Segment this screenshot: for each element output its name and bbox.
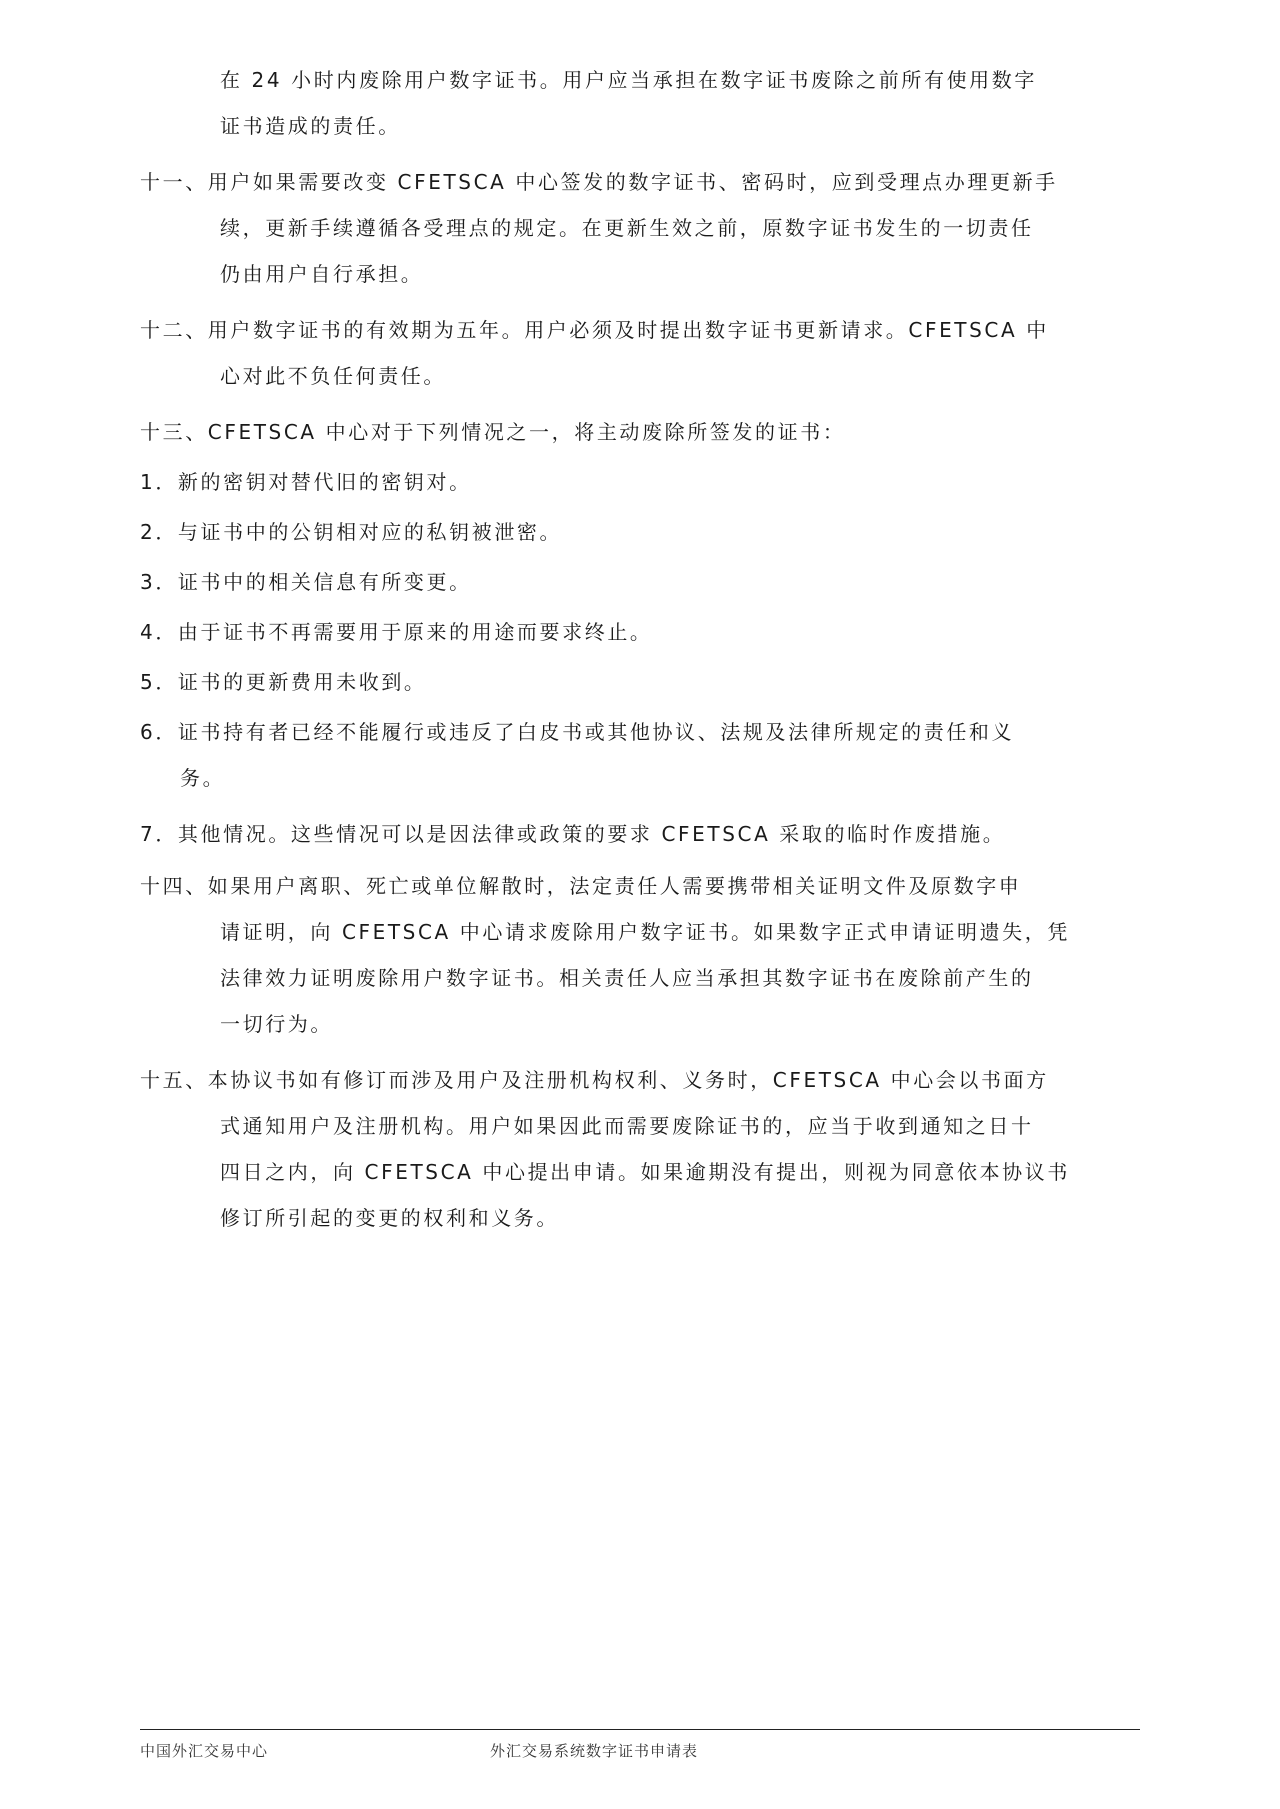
- text-line: 修订所引起的变更的权利和义务。: [220, 1206, 559, 1230]
- footer-divider: [140, 1729, 1140, 1730]
- text-line: 十一、用户如果需要改变 CFETSCA 中心签发的数字证书、密码时，应到受理点办…: [140, 170, 1058, 194]
- text-line: 7．其他情况。这些情况可以是因法律或政策的要求 CFETSCA 采取的临时作废措…: [140, 822, 1005, 846]
- text-line: 续，更新手续遵循各受理点的规定。在更新生效之前，原数字证书发生的一切责任: [220, 216, 1034, 240]
- text-line: 心对此不负任何责任。: [220, 364, 446, 388]
- text-line: 务。: [180, 766, 225, 790]
- text-line: 四日之内，向 CFETSCA 中心提出申请。如果逾期没有提出，则视为同意依本协议…: [220, 1160, 1070, 1184]
- text-line: 在 24 小时内废除用户数字证书。用户应当承担在数字证书废除之前所有使用数字: [220, 68, 1037, 92]
- text-line: 请证明，向 CFETSCA 中心请求废除用户数字证书。如果数字正式申请证明遗失，…: [220, 920, 1070, 944]
- text-line: 2．与证书中的公钥相对应的私钥被泄密。: [140, 520, 562, 544]
- text-line: 4．由于证书不再需要用于原来的用途而要求终止。: [140, 620, 653, 644]
- text-line: 证书造成的责任。: [220, 114, 401, 138]
- text-line: 法律效力证明废除用户数字证书。相关责任人应当承担其数字证书在废除前产生的: [220, 966, 1034, 990]
- text-line: 十二、用户数字证书的有效期为五年。用户必须及时提出数字证书更新请求。CFETSC…: [140, 318, 1049, 342]
- text-line: 6．证书持有者已经不能履行或违反了白皮书或其他协议、法规及法律所规定的责任和义: [140, 720, 1014, 744]
- text-line: 仍由用户自行承担。: [220, 262, 423, 286]
- text-line: 一切行为。: [220, 1012, 333, 1036]
- text-line: 5．证书的更新费用未收到。: [140, 670, 427, 694]
- text-line: 1．新的密钥对替代旧的密钥对。: [140, 470, 472, 494]
- text-line: 十四、如果用户离职、死亡或单位解散时，法定责任人需要携带相关证明文件及原数字申: [140, 874, 1021, 898]
- footer-document-title: 外汇交易系统数字证书申请表: [490, 1742, 698, 1760]
- footer-organization: 中国外汇交易中心: [140, 1742, 268, 1760]
- text-line: 3．证书中的相关信息有所变更。: [140, 570, 472, 594]
- text-line: 十五、本协议书如有修订而涉及用户及注册机构权利、义务时，CFETSCA 中心会以…: [140, 1068, 1049, 1092]
- text-line: 十三、CFETSCA 中心对于下列情况之一，将主动废除所签发的证书：: [140, 420, 845, 444]
- text-line: 式通知用户及注册机构。用户如果因此而需要废除证书的，应当于收到通知之日十: [220, 1114, 1034, 1138]
